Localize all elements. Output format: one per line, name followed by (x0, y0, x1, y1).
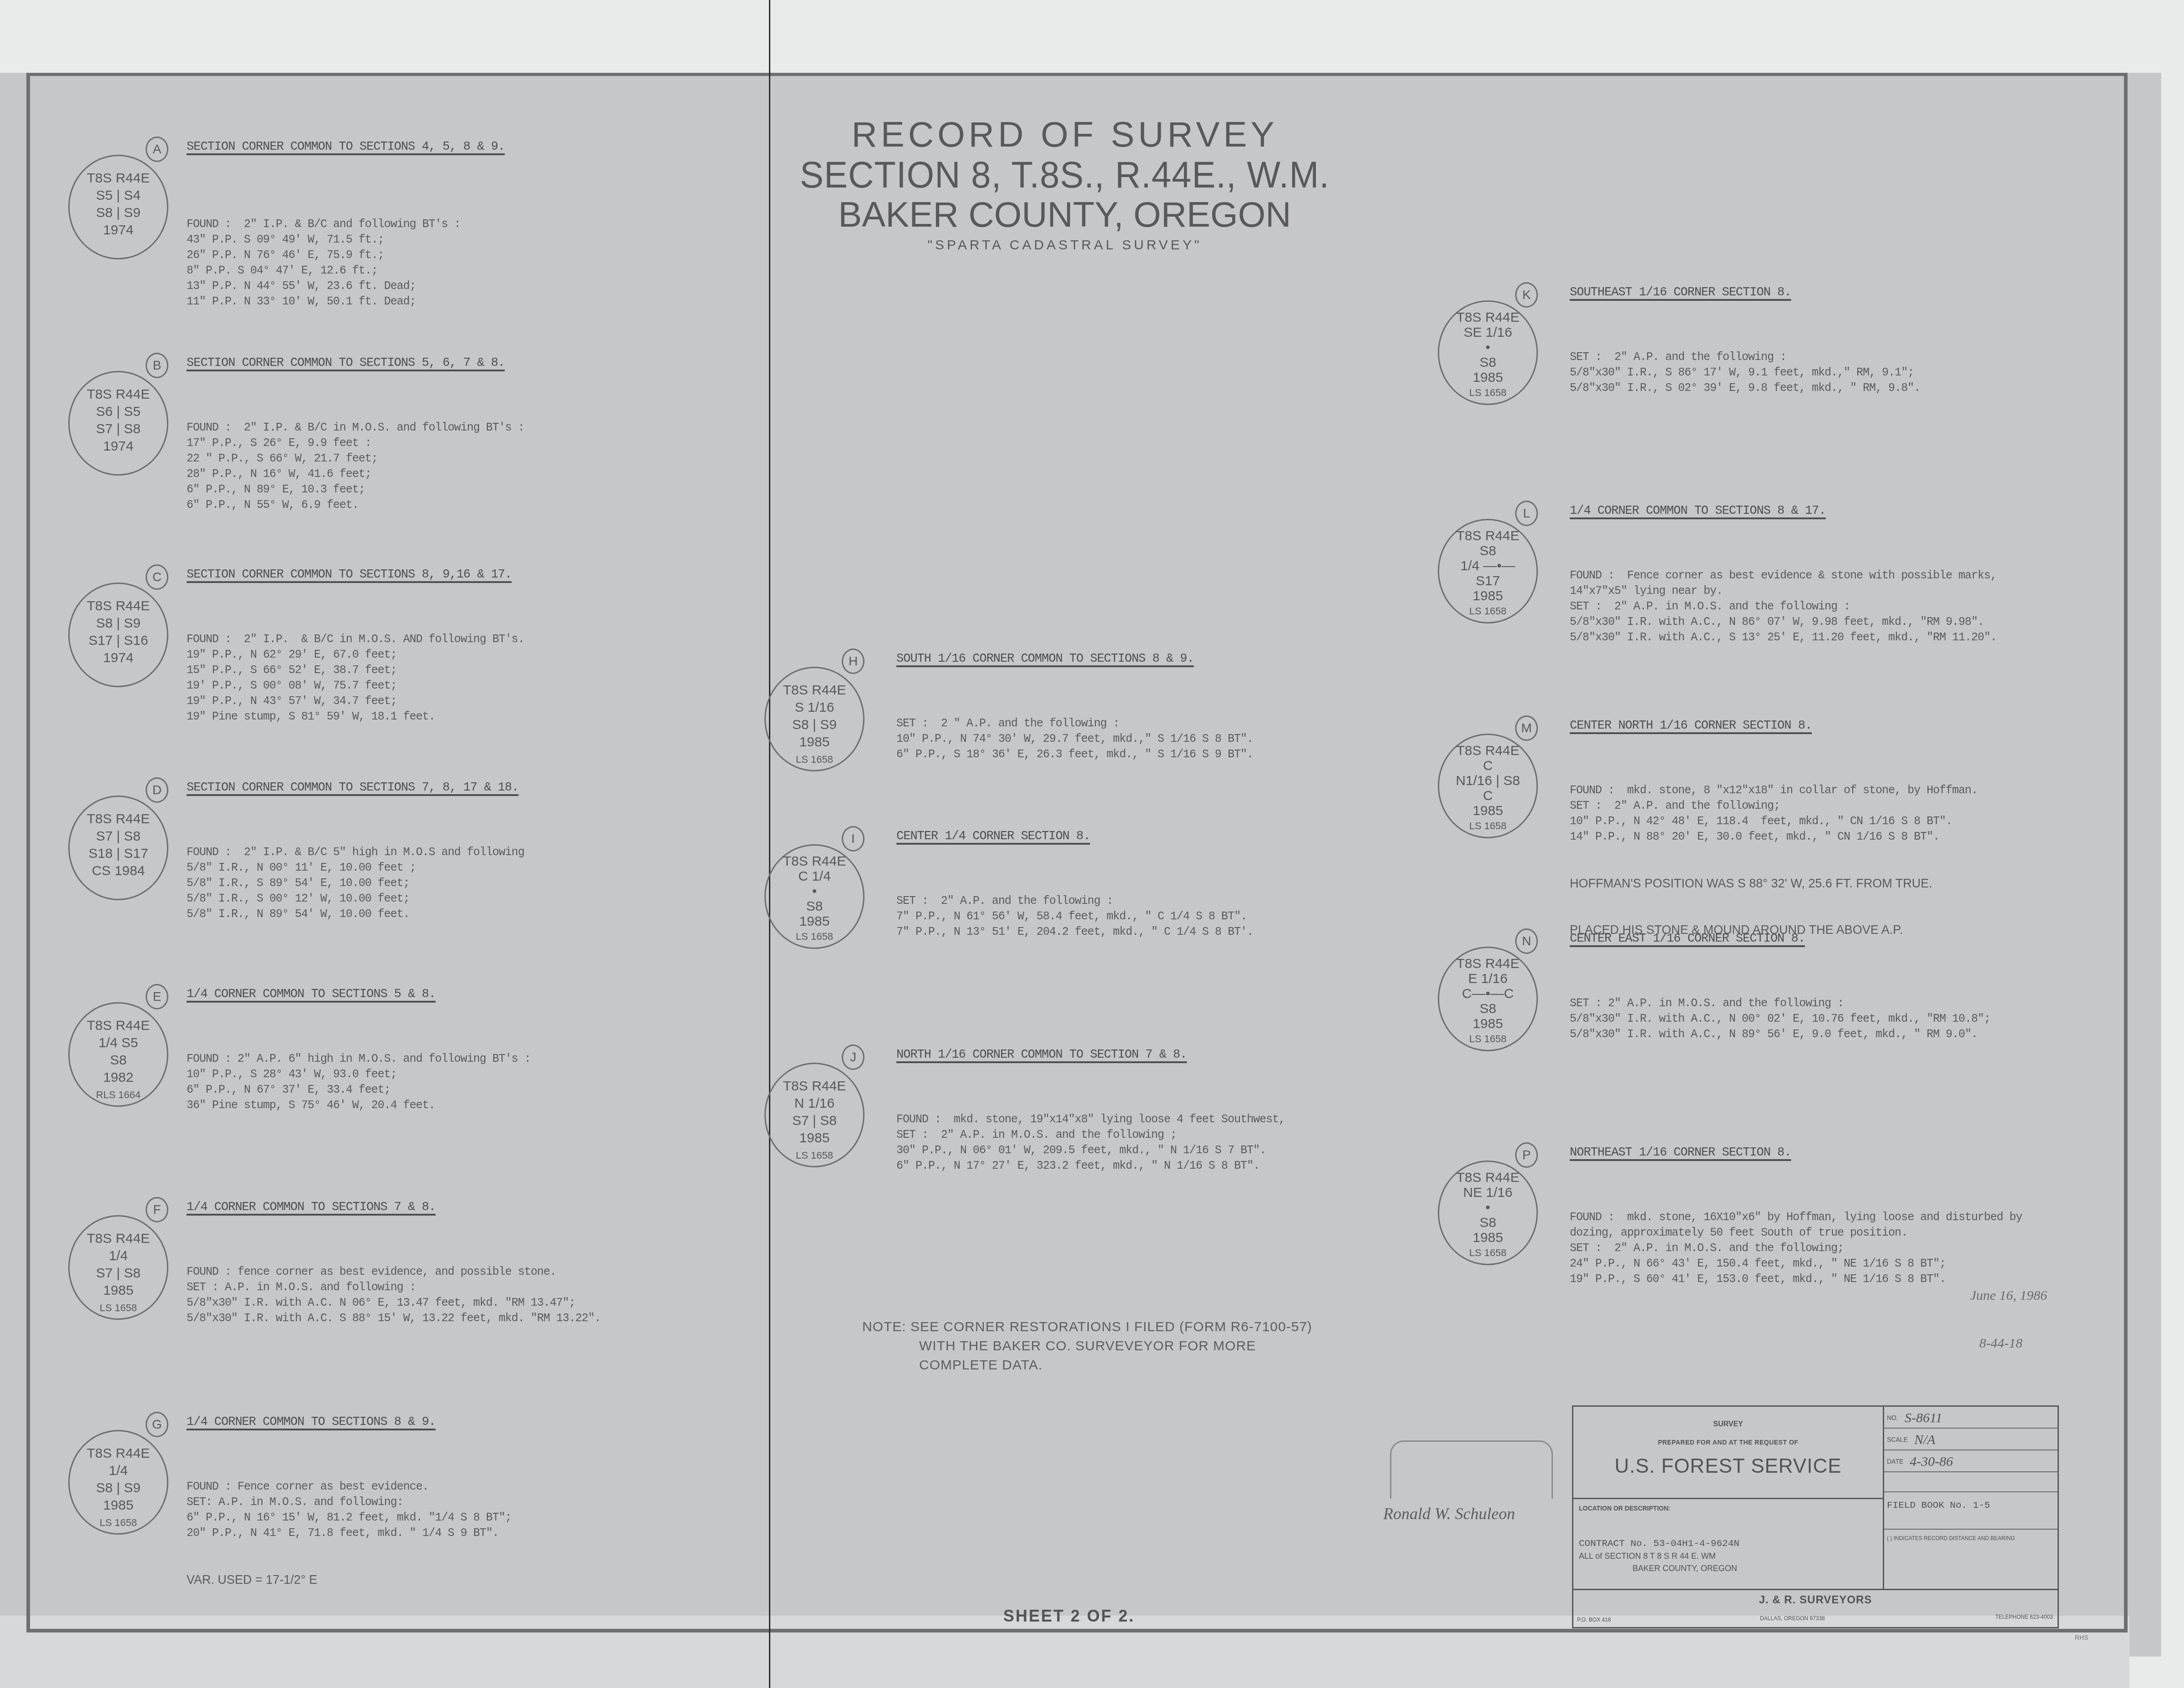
monument-stamp-icon: T8S R44E1/4S8 | S91985LS 1658 (68, 1430, 168, 1535)
corner-letter-badge: K (1515, 282, 1538, 308)
surveyor-seal-box (1390, 1440, 1553, 1499)
monument-stamp-icon: T8S R44ES7 | S8S18 | S17CS 1984 (68, 796, 168, 900)
corner-heading: SECTION CORNER COMMON TO SECTIONS 8, 9,1… (187, 568, 524, 582)
tb-legend: ( ) INDICATES RECORD DISTANCE AND BEARIN… (1884, 1530, 2058, 1547)
tb-field-book: FIELD BOOK No. 1-5 (1884, 1492, 2058, 1530)
tb-telephone: TELEPHONE 623-4003 (1995, 1614, 2053, 1620)
corner-heading: CENTER 1/4 CORNER SECTION 8. (896, 830, 1253, 843)
corner-letter-badge: L (1515, 501, 1538, 526)
title-line-3: BAKER COUNTY, OREGON (746, 195, 1383, 234)
tb-number: NO.S-8611 (1884, 1407, 2058, 1429)
corner-description: FOUND : Fence corner as best evidence & … (1570, 537, 1997, 676)
monument-stamp-icon: T8S R44ES 1/16S8 | S91985LS 1658 (764, 667, 864, 771)
corner-letter-badge: A (146, 137, 168, 162)
tb-prepared: PREPARED FOR AND AT THE REQUEST OF (1573, 1439, 1883, 1446)
corner-letter-badge: M (1515, 715, 1538, 741)
tb-contract: CONTRACT No. 53-04H1-4-9624N (1579, 1539, 1739, 1549)
tb-date: DATE4-30-86 (1884, 1450, 2058, 1472)
tb-scale: SCALEN/A (1884, 1429, 2058, 1450)
monument-stamp-icon: T8S R44ES5 | S4S8 | S91974 (68, 155, 168, 259)
tb-location-label: LOCATION OR DESCRIPTION: (1579, 1505, 1670, 1512)
monument-stamp-icon: T8S R44ES6 | S5S7 | S81974 (68, 371, 168, 476)
monument-stamp-icon: T8S R44ES8 | S9S17 | S161974 (68, 583, 168, 687)
corner-letter-badge: I (842, 826, 864, 852)
variation-used: VAR. USED = 17-1/2° E (187, 1572, 511, 1587)
corner-description: FOUND : 2" I.P. & B/C in M.O.S. and foll… (187, 389, 524, 544)
corner-heading: NORTH 1/16 CORNER COMMON TO SECTION 7 & … (896, 1048, 1285, 1062)
corner-heading: SOUTHEAST 1/16 CORNER SECTION 8. (1570, 286, 1920, 299)
corner-description: SET : 2 " A.P. and the following :10" P.… (896, 685, 1253, 793)
subtitle: "SPARTA CADASTRAL SURVEY" (746, 238, 1383, 253)
tb-county: BAKER COUNTY, OREGON (1633, 1564, 1737, 1573)
title-line-1: RECORD OF SURVEY (746, 114, 1383, 155)
corner-heading: 1/4 CORNER COMMON TO SECTIONS 5 & 8. (187, 988, 531, 1001)
corner-description: FOUND : 2" I.P. & B/C and following BT's… (187, 186, 505, 340)
title-line-2: SECTION 8, T.8S., R.44E., W.M. (746, 154, 1383, 196)
tb-blank-row (1884, 1472, 2058, 1492)
tb-firm: J. & R. SURVEYORS (1573, 1594, 2058, 1607)
document-title: RECORD OF SURVEY SECTION 8, T.8S., R.44E… (746, 114, 1383, 253)
corner-letter-badge: F (146, 1197, 168, 1222)
handwritten-date: June 16, 1986 (1970, 1288, 2047, 1303)
surveyor-signature: Ronald W. Schuleon (1383, 1504, 1515, 1523)
corner-letter-badge: J (842, 1044, 864, 1070)
corner-description: SET : 2" A.P. and the following :7" P.P.… (896, 862, 1253, 971)
monument-stamp-icon: T8S R44E1/4 S5S81982RLS 1664 (68, 1002, 168, 1107)
monument-stamp-icon: T8S R44ECN1/16 | S8C1985LS 1658 (1438, 734, 1538, 838)
corner-heading: SOUTH 1/16 CORNER COMMON TO SECTIONS 8 &… (896, 652, 1253, 666)
corner-description: FOUND : 2" I.P. & B/C 5" high in M.O.S a… (187, 814, 524, 953)
monument-stamp-icon: T8S R44EC 1/4•S81985LS 1658 (764, 844, 864, 949)
tb-agency: U.S. FOREST SERVICE (1573, 1455, 1883, 1478)
tb-city: DALLAS, OREGON 97338 (1760, 1615, 1825, 1622)
corner-letter-badge: G (146, 1412, 168, 1437)
drafter-initials: RHS (2075, 1634, 2088, 1641)
monument-stamp-icon: T8S R44ESE 1/16•S81985LS 1658 (1438, 300, 1538, 405)
corner-letter-badge: H (842, 649, 864, 674)
corner-letter-badge: C (146, 564, 168, 590)
corner-heading: 1/4 CORNER COMMON TO SECTIONS 8 & 17. (1570, 504, 1997, 518)
restoration-note: NOTE: SEE CORNER RESTORATIONS I FILED (F… (862, 1318, 1312, 1375)
corner-letter-badge: D (146, 777, 168, 803)
corner-heading: SECTION CORNER COMMON TO SECTIONS 7, 8, … (187, 781, 524, 795)
sheet-number: SHEET 2 OF 2. (1003, 1607, 1135, 1626)
corner-description: SET : 2" A.P. in M.O.S. and the followin… (1570, 965, 1990, 1073)
hoffman-note: HOFFMAN'S POSITION WAS S 88° 32' W, 25.6… (1570, 876, 1977, 891)
monument-stamp-icon: T8S R44E1/4S7 | S81985LS 1658 (68, 1215, 168, 1320)
tb-legal-description: ALL of SECTION 8 T 8 S R 44 E. WM (1579, 1551, 1716, 1561)
handwritten-reference: 8-44-18 (1979, 1336, 2022, 1351)
scan-fold-line (769, 0, 770, 1688)
monument-stamp-icon: T8S R44ENE 1/16•S81985LS 1658 (1438, 1161, 1538, 1265)
corner-letter-badge: N (1515, 928, 1538, 954)
corner-heading: CENTER NORTH 1/16 CORNER SECTION 8. (1570, 719, 1977, 733)
corner-description: FOUND : mkd. stone, 19"x14"x8" lying loo… (896, 1081, 1285, 1205)
corner-heading: CENTER EAST 1/16 CORNER SECTION 8. (1570, 932, 1990, 946)
corner-heading: 1/4 CORNER COMMON TO SECTIONS 7 & 8. (187, 1201, 601, 1214)
corner-description: FOUND : 2" A.P. 6" high in M.O.S. and fo… (187, 1020, 531, 1144)
corner-description: FOUND : Fence corner as best evidence.SE… (187, 1448, 511, 1618)
corner-heading: NORTHEAST 1/16 CORNER SECTION 8. (1570, 1146, 2022, 1160)
corner-letter-badge: P (1515, 1142, 1538, 1168)
monument-stamp-icon: T8S R44ES81/4 —•—S171985LS 1658 (1438, 519, 1538, 623)
corner-description: FOUND : 2" I.P. & B/C in M.O.S. AND foll… (187, 601, 524, 755)
corner-heading: 1/4 CORNER COMMON TO SECTIONS 8 & 9. (187, 1415, 511, 1429)
corner-heading: SECTION CORNER COMMON TO SECTIONS 5, 6, … (187, 356, 524, 370)
corner-description: FOUND : fence corner as best evidence, a… (187, 1233, 601, 1357)
title-block: SURVEY PREPARED FOR AND AT THE REQUEST O… (1572, 1405, 2059, 1628)
monument-stamp-icon: T8S R44EE 1/16C—•—CS81985LS 1658 (1438, 947, 1538, 1051)
corner-heading: SECTION CORNER COMMON TO SECTIONS 4, 5, … (187, 140, 505, 154)
corner-description: SET : 2" A.P. and the following :5/8"x30… (1570, 319, 1920, 427)
corner-description: FOUND : mkd. stone, 16X10"x6" by Hoffman… (1570, 1179, 2022, 1318)
corner-letter-badge: E (146, 984, 168, 1009)
tb-po-box: P.O. BOX 418 (1577, 1617, 1611, 1623)
corner-letter-badge: B (146, 353, 168, 378)
monument-stamp-icon: T8S R44EN 1/16S7 | S81985LS 1658 (764, 1063, 864, 1167)
tb-survey: SURVEY (1573, 1420, 1883, 1429)
